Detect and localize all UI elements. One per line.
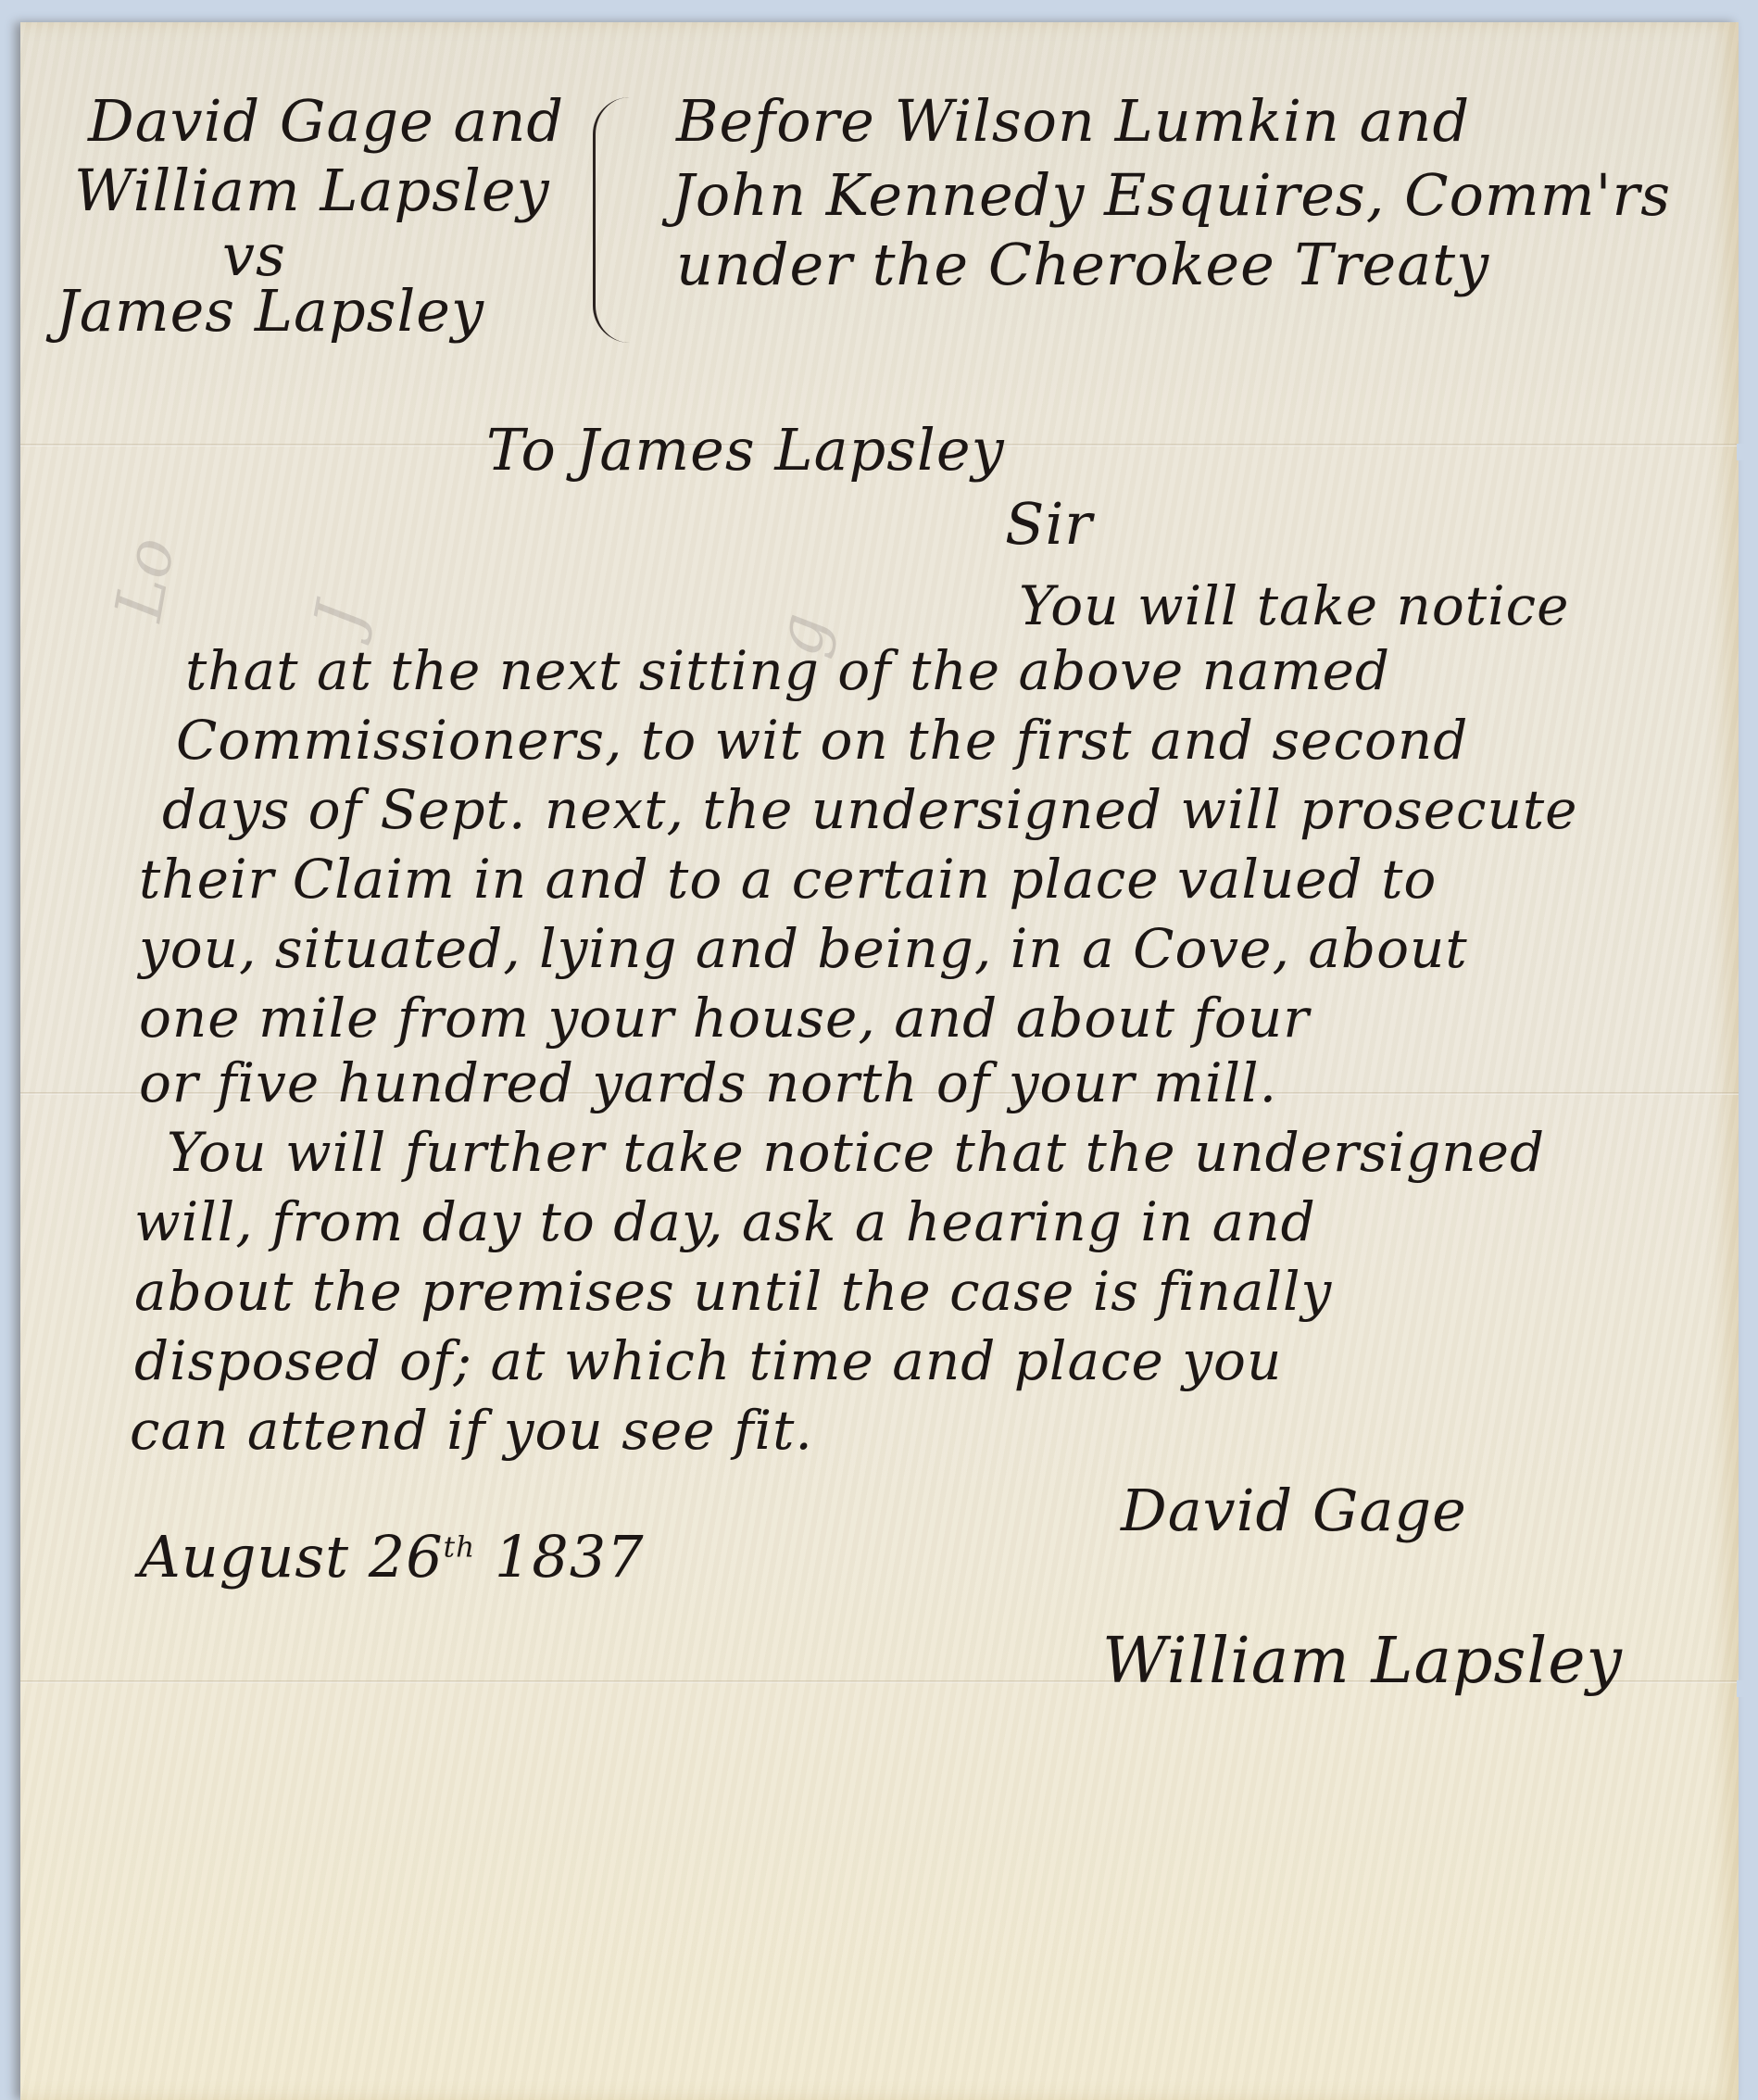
court-line-2: John Kennedy Esquires, Comm'rs bbox=[672, 167, 1671, 224]
signature-david-gage: David Gage bbox=[1121, 1482, 1467, 1540]
body-line: will, from day to day, ask a hearing in … bbox=[134, 1190, 1316, 1253]
brace-icon bbox=[593, 97, 633, 343]
plaintiffs-line-1: David Gage and bbox=[88, 93, 564, 150]
defendant-name: James Lapsley bbox=[56, 283, 484, 340]
body-line: days of Sept. next, the undersigned will… bbox=[162, 778, 1578, 841]
paper-notch bbox=[1737, 1680, 1752, 1697]
versus-label: vs bbox=[222, 227, 286, 284]
body-line: You will take notice bbox=[1019, 574, 1569, 637]
body-line: or five hundred yards north of your mill… bbox=[139, 1051, 1277, 1114]
body-line: You will further take notice that the un… bbox=[167, 1121, 1545, 1184]
body-line: one mile from your house, and about four bbox=[139, 987, 1310, 1050]
plaintiffs-line-2: William Lapsley bbox=[74, 162, 550, 220]
greeting: Sir bbox=[1005, 496, 1093, 553]
bleed-through-ink: J bbox=[299, 597, 379, 635]
body-line: that at the next sitting of the above na… bbox=[185, 639, 1390, 702]
date-month-day: August 26 bbox=[139, 1523, 444, 1591]
date-year: 1837 bbox=[495, 1523, 645, 1591]
body-line: about the premises until the case is fin… bbox=[134, 1260, 1332, 1323]
signature-william-lapsley: William Lapsley bbox=[1102, 1630, 1623, 1693]
addressee: To James Lapsley bbox=[486, 421, 1005, 479]
body-line: disposed of; at which time and place you bbox=[134, 1329, 1282, 1392]
paper-notch bbox=[1737, 444, 1752, 460]
court-line-1: Before Wilson Lumkin and bbox=[676, 93, 1470, 150]
court-line-3: under the Cherokee Treaty bbox=[676, 236, 1489, 294]
date: August 26th 1837 bbox=[139, 1528, 645, 1586]
date-suffix: th bbox=[444, 1530, 475, 1564]
body-line: their Claim in and to a certain place va… bbox=[139, 848, 1437, 911]
body-line: Commissioners, to wit on the first and s… bbox=[176, 709, 1468, 772]
body-line: can attend if you see fit. bbox=[130, 1399, 813, 1462]
bleed-through-ink: Lo bbox=[100, 532, 189, 626]
body-line: you, situated, lying and being, in a Cov… bbox=[139, 917, 1468, 980]
